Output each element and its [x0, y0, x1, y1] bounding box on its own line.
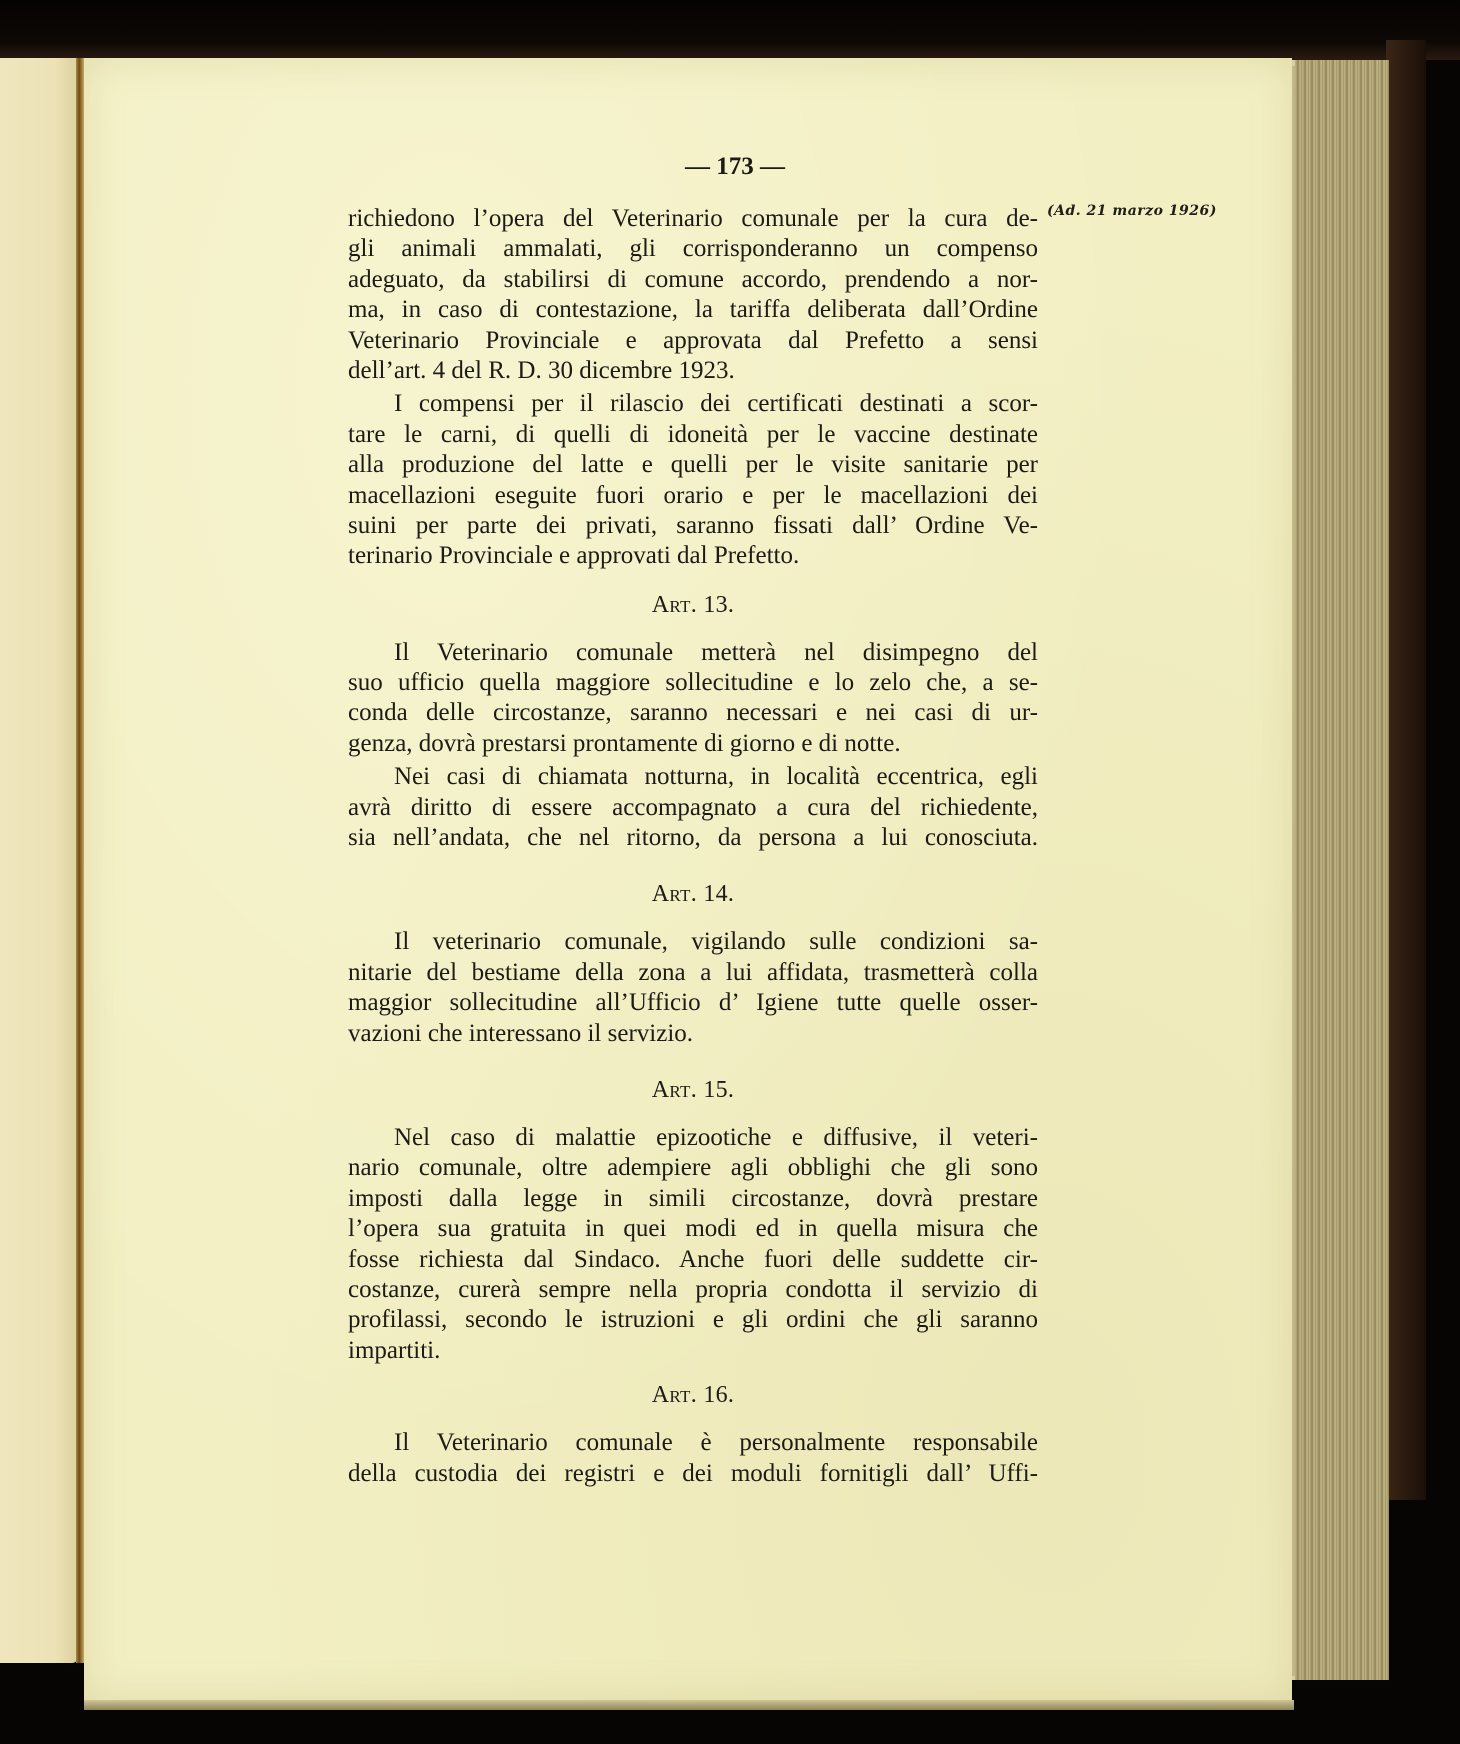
- text-line: sia nell’andata, che nel ritorno, da per…: [348, 823, 1038, 853]
- text-line: Nei casi di chiamata notturna, in locali…: [348, 762, 1038, 792]
- text-line: richiedono l’opera del Veterinario comun…: [348, 204, 1038, 234]
- text-line: l’opera sua gratuita in quei modi ed in …: [348, 1214, 1038, 1244]
- text-line: Veterinario Provinciale e approvata dal …: [348, 326, 1038, 356]
- text-line: genza, dovrà prestarsi prontamente di gi…: [348, 729, 1038, 759]
- text-line: terinario Provinciale e approvati dal Pr…: [348, 541, 1038, 571]
- text-line: imposti dalla legge in simili circostanz…: [348, 1184, 1038, 1214]
- paragraph-compensi: I compensi per il rilascio dei certifica…: [348, 389, 1038, 571]
- left-page-fragment: [0, 58, 78, 1663]
- text-line: ma, in caso di contestazione, la tariffa…: [348, 295, 1038, 325]
- book-top-edge: [0, 0, 1460, 60]
- article-heading-14: Art. 14.: [348, 879, 1038, 909]
- text-line: suini per parte dei privati, saranno fis…: [348, 511, 1038, 541]
- text-line: Il veterinario comunale, vigilando sulle…: [348, 927, 1038, 957]
- text-line: dell’art. 4 del R. D. 30 dicembre 1923.: [348, 356, 1038, 386]
- text-line: alla produzione del latte e quelli per l…: [348, 450, 1038, 480]
- text-line: della custodia dei registri e dei moduli…: [348, 1459, 1038, 1489]
- text-line: vazioni che interessano il servizio.: [348, 1019, 1038, 1049]
- article-13-paragraph-1: Il Veterinario comunale metterà nel disi…: [348, 638, 1038, 760]
- text-line: gli animali ammalati, gli corrisponderan…: [348, 234, 1038, 264]
- text-line: Il Veterinario comunale metterà nel disi…: [348, 638, 1038, 668]
- article-13-paragraph-2: Nei casi di chiamata notturna, in locali…: [348, 762, 1038, 853]
- text-line: Il Veterinario comunale è personalmente …: [348, 1428, 1038, 1458]
- text-line: macellazioni eseguite fuori orario e per…: [348, 481, 1038, 511]
- page-number: — 173 —: [0, 153, 1460, 181]
- text-line: adeguato, da stabilirsi di comune accord…: [348, 265, 1038, 295]
- page-number-label: — 173 —: [685, 153, 785, 181]
- article-15-paragraph-1: Nel caso di malattie epizootiche e diffu…: [348, 1123, 1038, 1366]
- article-heading-15: Art. 15.: [348, 1075, 1038, 1105]
- margin-annotation: (Ad. 21 marzo 1926): [1047, 203, 1217, 219]
- article-16-paragraph-1: Il Veterinario comunale è personalmente …: [348, 1428, 1038, 1489]
- text-line: nario comunale, oltre adempiere agli obb…: [348, 1153, 1038, 1183]
- text-line: nitarie del bestiame della zona a lui af…: [348, 958, 1038, 988]
- text-line: tare le carni, di quelli di idoneità per…: [348, 420, 1038, 450]
- text-line: profilassi, secondo le istruzioni e gli …: [348, 1305, 1038, 1335]
- text-line: suo ufficio quella maggiore sollecitudin…: [348, 668, 1038, 698]
- text-line: fosse richiesta dal Sindaco. Anche fuori…: [348, 1245, 1038, 1275]
- text-line: costanze, curerà sempre nella propria co…: [348, 1275, 1038, 1305]
- text-line: conda delle circostanze, saranno necessa…: [348, 698, 1038, 728]
- text-line: Nel caso di malattie epizootiche e diffu…: [348, 1123, 1038, 1153]
- text-line: I compensi per il rilascio dei certifica…: [348, 389, 1038, 419]
- book-cover-edge: [1386, 40, 1426, 1500]
- page-bottom-edge: [84, 1700, 1294, 1710]
- book-gutter: [76, 58, 84, 1663]
- article-14-paragraph-1: Il veterinario comunale, vigilando sulle…: [348, 927, 1038, 1049]
- body-text: richiedono l’opera del Veterinario comun…: [348, 204, 1038, 1489]
- text-line: impartiti.: [348, 1336, 1038, 1366]
- article-heading-13: Art. 13.: [348, 590, 1038, 620]
- paragraph-intro: richiedono l’opera del Veterinario comun…: [348, 204, 1038, 386]
- text-line: maggior sollecitudine all’Ufficio d’ Igi…: [348, 988, 1038, 1018]
- page-stack-edges: [1292, 60, 1389, 1680]
- article-heading-16: Art. 16.: [348, 1380, 1038, 1410]
- text-line: avrà diritto di essere accompagnato a cu…: [348, 793, 1038, 823]
